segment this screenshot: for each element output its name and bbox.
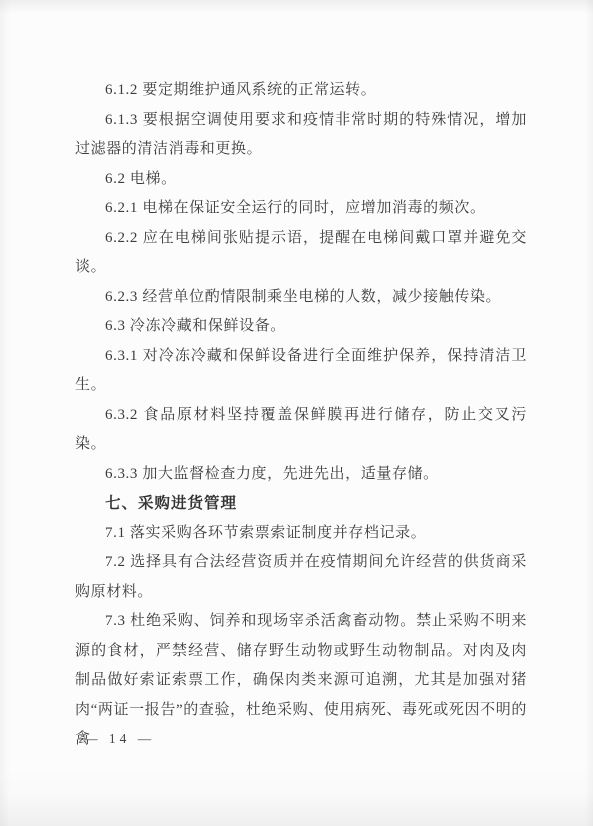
paragraph-7-1: 7.1 落实采购各环节索票索证制度并存档记录。 xyxy=(75,519,527,549)
paragraph-7-2: 7.2 选择具有合法经营资质并在疫情期间允许经营的供货商采购原材料。 xyxy=(75,548,527,607)
scan-artifact-left xyxy=(0,0,10,826)
paragraph-6-1-3: 6.1.3 要根据空调使用要求和疫情非常时期的特殊情况，增加过滤器的清洁消毒和更… xyxy=(75,106,527,165)
paragraph-6-3-3: 6.3.3 加大监督检查力度，先进先出，适量存储。 xyxy=(75,460,527,490)
section-heading-procurement: 七、采购进货管理 xyxy=(75,489,527,519)
paragraph-6-1-2: 6.1.2 要定期维护通风系统的正常运转。 xyxy=(75,76,527,106)
paragraph-6-3-2: 6.3.2 食品原材料坚持覆盖保鲜膜再进行储存，防止交叉污染。 xyxy=(75,401,527,460)
paragraph-6-2-2: 6.2.2 应在电梯间张贴提示语，提醒在电梯间戴口罩并避免交谈。 xyxy=(75,224,527,283)
page-number: — 14 — xyxy=(84,731,155,747)
paragraph-6-2-3: 6.2.3 经营单位酌情限制乘坐电梯的人数，减少接触传染。 xyxy=(75,283,527,313)
paragraph-6-2-1: 6.2.1 电梯在保证安全运行的同时，应增加消毒的频次。 xyxy=(75,194,527,224)
scan-artifact-top xyxy=(0,0,593,14)
document-body: 6.1.2 要定期维护通风系统的正常运转。 6.1.3 要根据空调使用要求和疫情… xyxy=(75,76,527,755)
scanned-document-page: 6.1.2 要定期维护通风系统的正常运转。 6.1.3 要根据空调使用要求和疫情… xyxy=(0,0,593,826)
paragraph-6-3: 6.3 冷冻冷藏和保鲜设备。 xyxy=(75,312,527,342)
paragraph-6-2: 6.2 电梯。 xyxy=(75,165,527,195)
scan-artifact-right xyxy=(585,0,593,826)
paragraph-6-3-1: 6.3.1 对冷冻冷藏和保鲜设备进行全面维护保养，保持清洁卫生。 xyxy=(75,342,527,401)
scan-artifact-bottom xyxy=(0,766,593,826)
